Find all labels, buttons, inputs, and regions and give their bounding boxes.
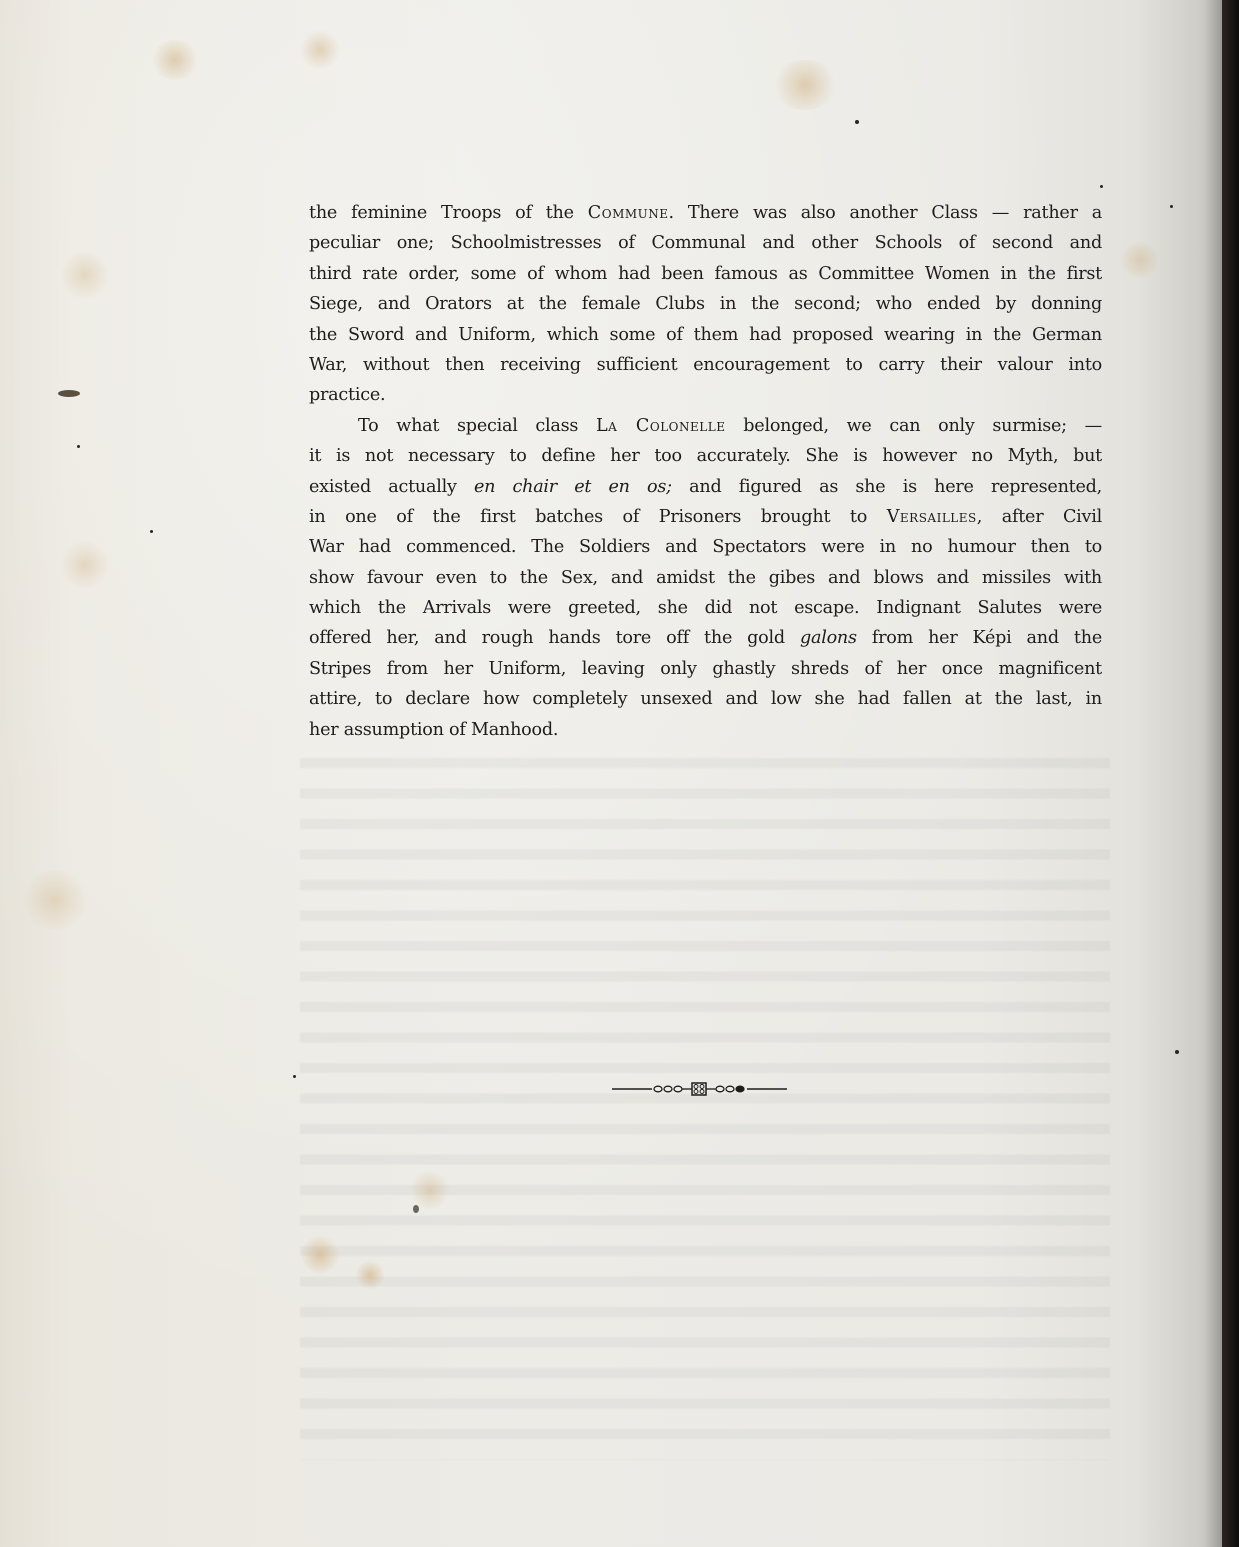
foxing-stain bbox=[770, 60, 840, 110]
text-line: which the Arrivals were greeted, she did… bbox=[309, 593, 1102, 623]
foxing-stain bbox=[20, 870, 90, 930]
text-run: her assumption of Manhood. bbox=[309, 720, 558, 740]
text-line: War had commenced. The Soldiers and Spec… bbox=[309, 532, 1102, 562]
text-line: in one of the first batches of Prisoners… bbox=[309, 502, 1102, 532]
text-run: . There was also another Class — rather … bbox=[669, 203, 1102, 223]
foxing-stain bbox=[410, 1170, 450, 1210]
text-run: existed actually bbox=[309, 477, 474, 497]
chain-rule-ornament-icon bbox=[612, 1082, 787, 1096]
ink-speck bbox=[1175, 1050, 1179, 1054]
text-line: Siege, and Orators at the female Clubs i… bbox=[309, 289, 1102, 319]
foxing-stain bbox=[150, 40, 200, 80]
paragraph: To what special class La Colonelle belon… bbox=[309, 411, 1102, 745]
text-run: War had commenced. The Soldiers and Spec… bbox=[309, 537, 1102, 557]
ink-speck bbox=[293, 1075, 296, 1078]
foxing-stain bbox=[60, 540, 110, 590]
text-line: existed actually en chair et en os; and … bbox=[309, 472, 1102, 502]
text-run: the Sword and Uniform, which some of the… bbox=[309, 325, 1102, 345]
text-run: attire, to declare how completely unsexe… bbox=[309, 689, 1102, 709]
text-line: peculiar one; Schoolmistresses of Commun… bbox=[309, 228, 1102, 258]
text-line: her assumption of Manhood. bbox=[309, 715, 1102, 745]
text-run: Siege, and Orators at the female Clubs i… bbox=[309, 294, 1102, 314]
text-run: it is not necessary to define her too ac… bbox=[309, 446, 1102, 466]
text-run: offered her, and rough hands tore off th… bbox=[309, 628, 800, 648]
italic-phrase: en chair et en os; bbox=[474, 477, 672, 497]
foxing-stain bbox=[300, 1235, 340, 1275]
foxing-stain bbox=[60, 250, 110, 300]
bleed-through-text bbox=[300, 740, 1110, 1460]
text-line: To what special class La Colonelle belon… bbox=[309, 411, 1102, 441]
book-page: the feminine Troops of the Commune. Ther… bbox=[0, 0, 1222, 1547]
text-run: third rate order, some of whom had been … bbox=[309, 264, 1102, 284]
text-run: from her Képi and the bbox=[857, 628, 1102, 648]
ink-speck bbox=[413, 1205, 419, 1213]
text-line: War, without then receiving sufficient e… bbox=[309, 350, 1102, 380]
text-line: third rate order, some of whom had been … bbox=[309, 259, 1102, 289]
text-run: To what special class bbox=[358, 416, 596, 436]
text-run: and figured as she is here represented, bbox=[672, 477, 1102, 497]
text-run: Stripes from her Uniform, leaving only g… bbox=[309, 659, 1102, 679]
foxing-stain bbox=[355, 1260, 385, 1290]
ink-speck bbox=[1100, 185, 1103, 188]
small-caps-term: Commune bbox=[588, 203, 669, 223]
foxing-stain bbox=[1120, 240, 1160, 280]
text-run: belonged, we can only surmise; — bbox=[725, 416, 1102, 436]
text-line: offered her, and rough hands tore off th… bbox=[309, 623, 1102, 653]
text-run: the feminine Troops of the bbox=[309, 203, 588, 223]
text-line: it is not necessary to define her too ac… bbox=[309, 441, 1102, 471]
text-run: which the Arrivals were greeted, she did… bbox=[309, 598, 1102, 618]
ink-speck bbox=[150, 530, 153, 533]
text-line: attire, to declare how completely unsexe… bbox=[309, 684, 1102, 714]
ink-speck bbox=[77, 445, 80, 448]
text-line: practice. bbox=[309, 380, 1102, 410]
text-line: the Sword and Uniform, which some of the… bbox=[309, 320, 1102, 350]
small-caps-term: La Colonelle bbox=[596, 416, 725, 436]
text-run: , after Civil bbox=[977, 507, 1102, 527]
ink-speck bbox=[1170, 205, 1173, 208]
ink-speck bbox=[58, 390, 80, 397]
text-run: War, without then receiving sufficient e… bbox=[309, 355, 1102, 375]
body-text: the feminine Troops of the Commune. Ther… bbox=[309, 198, 1102, 745]
text-line: the feminine Troops of the Commune. Ther… bbox=[309, 198, 1102, 228]
italic-phrase: galons bbox=[800, 628, 857, 648]
text-run: show favour even to the Sex, and amidst … bbox=[309, 568, 1102, 588]
book-spine-edge bbox=[1222, 0, 1239, 1547]
paragraph: the feminine Troops of the Commune. Ther… bbox=[309, 198, 1102, 411]
foxing-stain bbox=[300, 30, 340, 70]
text-run: peculiar one; Schoolmistresses of Commun… bbox=[309, 233, 1102, 253]
text-line: Stripes from her Uniform, leaving only g… bbox=[309, 654, 1102, 684]
text-run: practice. bbox=[309, 385, 385, 405]
ink-speck bbox=[855, 120, 859, 124]
small-caps-term: Versailles bbox=[887, 507, 977, 527]
text-line: show favour even to the Sex, and amidst … bbox=[309, 563, 1102, 593]
text-run: in one of the first batches of Prisoners… bbox=[309, 507, 887, 527]
